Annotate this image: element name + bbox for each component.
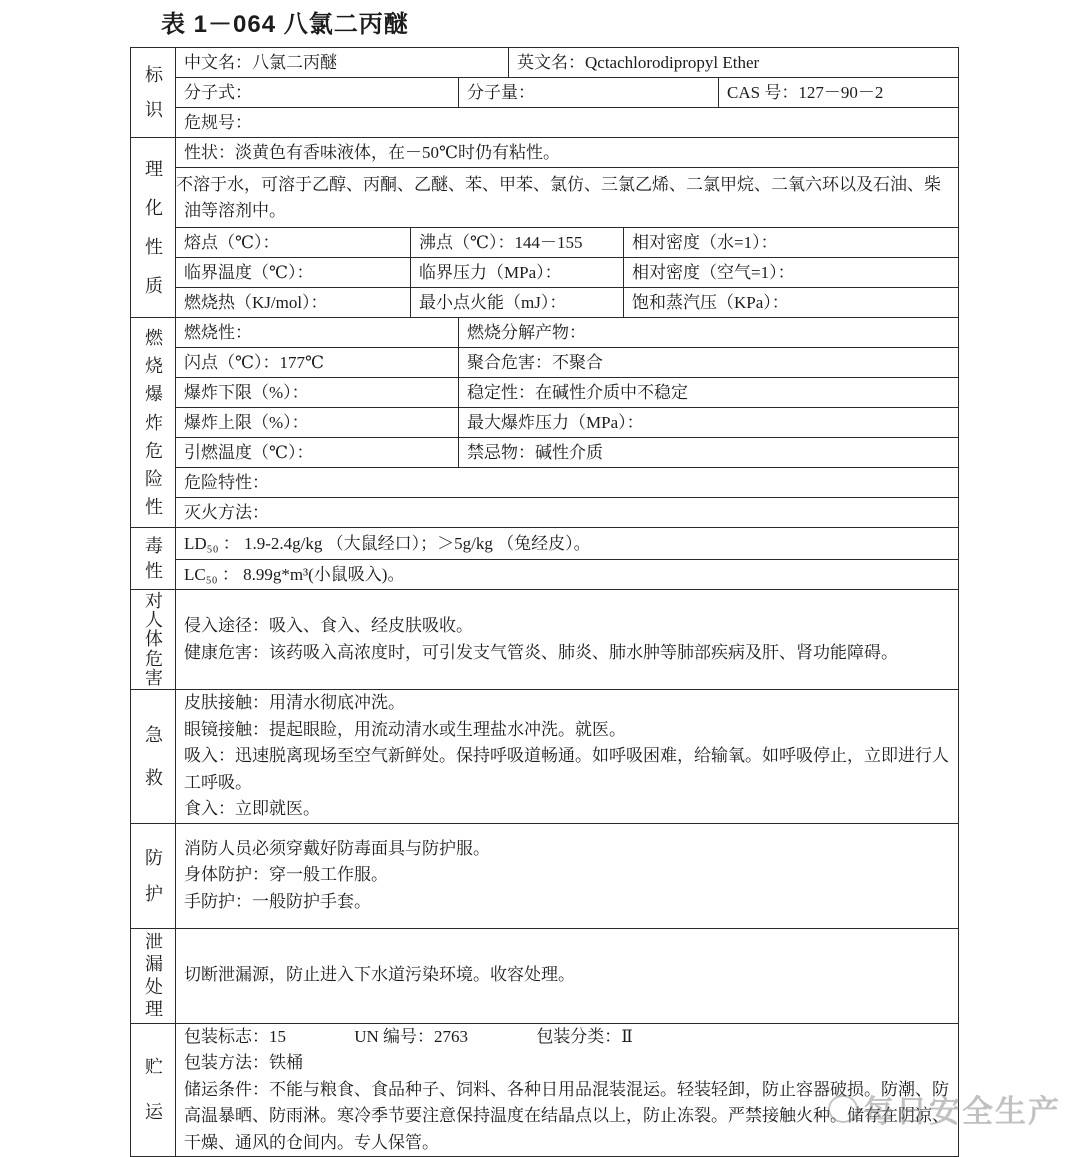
protection-firefighter: 消防人员必须穿戴好防毒面具与防护服。: [184, 836, 952, 863]
storage-packing-method: 包装方法：铁桶: [184, 1050, 952, 1077]
cell-protection: 消防人员必须穿戴好防毒面具与防护服。 身体防护：穿一般工作服。 手防护：一般防护…: [176, 823, 959, 928]
section-label-fire-explosion: 燃烧爆炸危险性: [131, 318, 176, 528]
cell-solubility: 溶解性：不溶于水，可溶于乙醇、丙酮、乙醚、苯、甲苯、氯仿、三氯乙烯、二氯甲烷、二…: [176, 168, 959, 228]
section-label-fire-explosion-text: 燃烧爆炸危险性: [139, 319, 169, 527]
section-label-toxicity: 毒性: [131, 528, 176, 590]
cell-health-hazard: 侵入途径：吸入、食入、经皮肤吸收。 健康危害：该药吸入高浓度时，可引发支气管炎、…: [176, 590, 959, 690]
health-hazards: 健康危害：该药吸入高浓度时，可引发支气管炎、肺炎、肺水肿等肺部疾病及肝、肾功能障…: [184, 640, 952, 667]
section-label-health-hazard-text: 对人体危害: [139, 591, 169, 688]
section-label-protection: 防护: [131, 823, 176, 928]
chemical-safety-data-sheet: 标识 中文名：八氯二丙醚 英文名：Qctachlorodipropyl Ethe…: [130, 47, 959, 1157]
storage-conditions: 储运条件：不能与粮食、食品种子、饲料、各种日用品混装混运。轻装轻卸，防止容器破损…: [184, 1077, 952, 1157]
section-label-protection-text: 防护: [139, 831, 169, 921]
cell-saturated-vapor-pressure: 饱和蒸汽压（KPa）：: [624, 288, 959, 318]
section-label-health-hazard: 对人体危害: [131, 590, 176, 690]
section-label-identification: 标识: [131, 48, 176, 138]
cell-critical-pressure: 临界压力（MPa）：: [411, 258, 624, 288]
section-label-storage-transport: 贮运: [131, 1023, 176, 1157]
cell-explosion-lower-limit: 爆炸下限（%）：: [176, 378, 459, 408]
cell-ignition-temperature: 引燃温度（℃）：: [176, 438, 459, 468]
cell-leak-handling: 切断泄漏源，防止进入下水道污染环境。收容处理。: [176, 928, 959, 1023]
section-label-physchem-text: 理化性质: [139, 140, 169, 316]
section-label-leak-handling-text: 泄漏处理: [139, 929, 169, 1022]
cell-storage-transport: 包装标志：15 UN 编号：2763 包装分类：Ⅱ 包装方法：铁桶 储运条件：不…: [176, 1023, 959, 1157]
cell-incompatibles: 禁忌物：碱性介质: [459, 438, 959, 468]
first-aid-ingestion: 食入：立即就医。: [184, 796, 952, 823]
section-label-toxicity-text: 毒性: [139, 530, 169, 588]
section-label-identification-text: 标识: [139, 50, 169, 136]
health-routes: 侵入途径：吸入、食入、经皮肤吸收。: [184, 613, 952, 640]
cell-relative-density-water: 相对密度（水=1）：: [624, 228, 959, 258]
storage-packing-row: 包装标志：15 UN 编号：2763 包装分类：Ⅱ: [184, 1024, 952, 1051]
cell-polymerization-hazard: 聚合危害：不聚合: [459, 348, 959, 378]
first-aid-skin: 皮肤接触：用清水彻底冲洗。: [184, 690, 952, 717]
protection-body: 身体防护：穿一般工作服。: [184, 862, 952, 889]
cell-molecular-weight: 分子量：: [459, 78, 719, 108]
cell-relative-density-air: 相对密度（空气=1）：: [624, 258, 959, 288]
section-label-first-aid: 急救: [131, 690, 176, 824]
cell-lc50: LC₅₀ ： 8.99g*m³(小鼠吸入)。: [176, 560, 959, 590]
cell-flammability: 燃烧性：: [176, 318, 459, 348]
cell-cas-number: CAS 号：127－90－2: [719, 78, 959, 108]
cell-first-aid: 皮肤接触：用清水彻底冲洗。 眼镜接触：提起眼睑，用流动清水或生理盐水冲洗。就医。…: [176, 690, 959, 824]
cell-danger-code: 危规号：: [176, 108, 959, 138]
first-aid-inhalation: 吸入：迅速脱离现场至空气新鲜处。保持呼吸道畅通。如呼吸困难，给输氧。如呼吸停止，…: [184, 743, 952, 796]
cell-explosion-upper-limit: 爆炸上限（%）：: [176, 408, 459, 438]
cell-stability: 稳定性：在碱性介质中不稳定: [459, 378, 959, 408]
cell-hazard-characteristics: 危险特性：: [176, 468, 959, 498]
cell-flash-point: 闪点（℃）：177℃: [176, 348, 459, 378]
cell-min-ignition-energy: 最小点火能（mJ）：: [411, 288, 624, 318]
cell-chinese-name: 中文名：八氯二丙醚: [176, 48, 509, 78]
section-label-leak-handling: 泄漏处理: [131, 928, 176, 1023]
cell-ld50: LD₅₀ ： 1.9-2.4g/kg （大鼠经口）；＞5g/kg （兔经皮）。: [176, 528, 959, 560]
storage-packing-class: 包装分类：Ⅱ: [536, 1027, 633, 1046]
first-aid-eye: 眼镜接触：提起眼睑，用流动清水或生理盐水冲洗。就医。: [184, 717, 952, 744]
cell-decomposition-products: 燃烧分解产物：: [459, 318, 959, 348]
cell-english-name: 英文名：Qctachlorodipropyl Ether: [509, 48, 959, 78]
leak-handling-text: 切断泄漏源，防止进入下水道污染环境。收容处理。: [184, 962, 952, 989]
cell-appearance: 性状：淡黄色有香味液体，在－50℃时仍有粘性。: [176, 138, 959, 168]
storage-packing-mark: 包装标志：15: [184, 1027, 286, 1046]
cell-combustion-heat: 燃烧热（KJ/mol）：: [176, 288, 411, 318]
section-label-physchem: 理化性质: [131, 138, 176, 318]
cell-boiling-point: 沸点（℃）：144－155: [411, 228, 624, 258]
page-title: 表 1－064 八氯二丙醚: [161, 4, 409, 39]
cell-max-explosion-pressure: 最大爆炸压力（MPa）：: [459, 408, 959, 438]
section-label-storage-transport-text: 贮运: [139, 1031, 169, 1149]
section-label-first-aid-text: 急救: [139, 700, 169, 812]
cell-molecular-formula: 分子式：: [176, 78, 459, 108]
protection-hand: 手防护：一般防护手套。: [184, 889, 952, 916]
storage-un-number: UN 编号：2763: [354, 1027, 468, 1046]
cell-extinguishing-methods: 灭火方法：: [176, 498, 959, 528]
cell-melting-point: 熔点（℃）：: [176, 228, 411, 258]
cell-critical-temperature: 临界温度（℃）：: [176, 258, 411, 288]
